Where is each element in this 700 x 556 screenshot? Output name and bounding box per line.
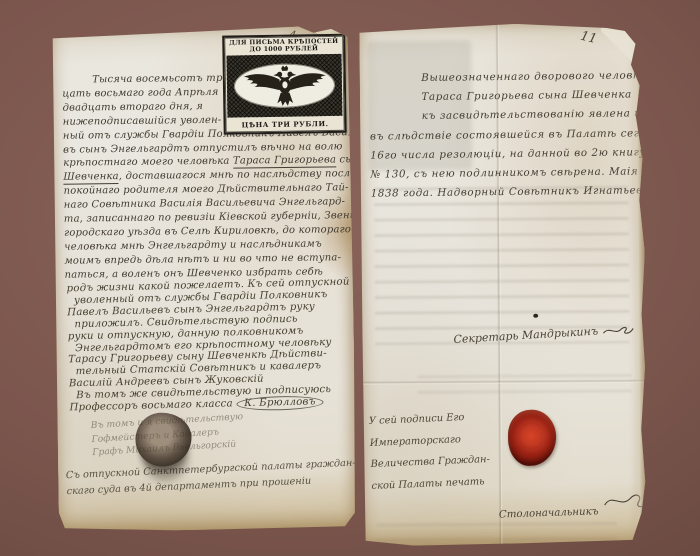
double-headed-eagle-icon (237, 64, 332, 107)
ink-blot-stain (135, 412, 192, 467)
line-text: , доставшагося мнѣ по наслѣдству послѣ (119, 168, 357, 182)
line-text: сына (336, 154, 357, 165)
line-text: крѣпостнаго моего человѣка (63, 156, 233, 169)
stamp-oval (234, 63, 336, 109)
manuscript-line: 1838 года. Надворный Совѣтникъ Игнатьевъ (371, 182, 641, 205)
stamp-header: ДЛЯ ПИСЬМА КРѢПОСТЕЙ ДО 1000 РУБЛЕЙ (224, 36, 343, 55)
signature-flourish-icon (602, 480, 647, 517)
underlined-name: Шевченка (63, 171, 119, 185)
witness-signatures-block: родъ жизни какой пожелаетъ. Къ сей отпус… (66, 276, 352, 414)
seal-note-block: У сей подписи Его Императорскаго Величес… (368, 406, 491, 497)
page-number: 11 (579, 29, 599, 47)
left-page: 4 ДЛЯ ПИСЬМА КРѢПОСТЕЙ ДО 1000 РУБЛЕЙ (51, 26, 357, 533)
registry-note-block: Съ отпускной Санктпетербургской палаты г… (66, 456, 357, 500)
revenue-stamp: ДЛЯ ПИСЬМА КРѢПОСТЕЙ ДО 1000 РУБЛЕЙ (222, 34, 347, 135)
folded-corner (601, 23, 643, 71)
stamp-price-label: ЦѢНА ТРИ РУБЛИ. (225, 117, 344, 133)
red-wax-seal (508, 410, 556, 466)
ink-spot (533, 314, 538, 318)
certification-text-block: Вышеозначеннаго дворового человѣка Тарас… (369, 66, 641, 204)
clerk-signature: Столоначальникъ (498, 480, 647, 520)
manuscript-line: ской Палаты печать (371, 470, 491, 496)
signature-flourish-icon (601, 322, 636, 338)
circled-signature: К. Брюлловъ (236, 395, 324, 411)
stamp-engraving (226, 54, 342, 118)
photo-mat-background: 4 ДЛЯ ПИСЬМА КРѢПОСТЕЙ ДО 1000 РУБЛЕЙ (0, 0, 700, 556)
right-page: 11 Вышеозначеннаго дворового человѣка Та… (359, 23, 647, 546)
